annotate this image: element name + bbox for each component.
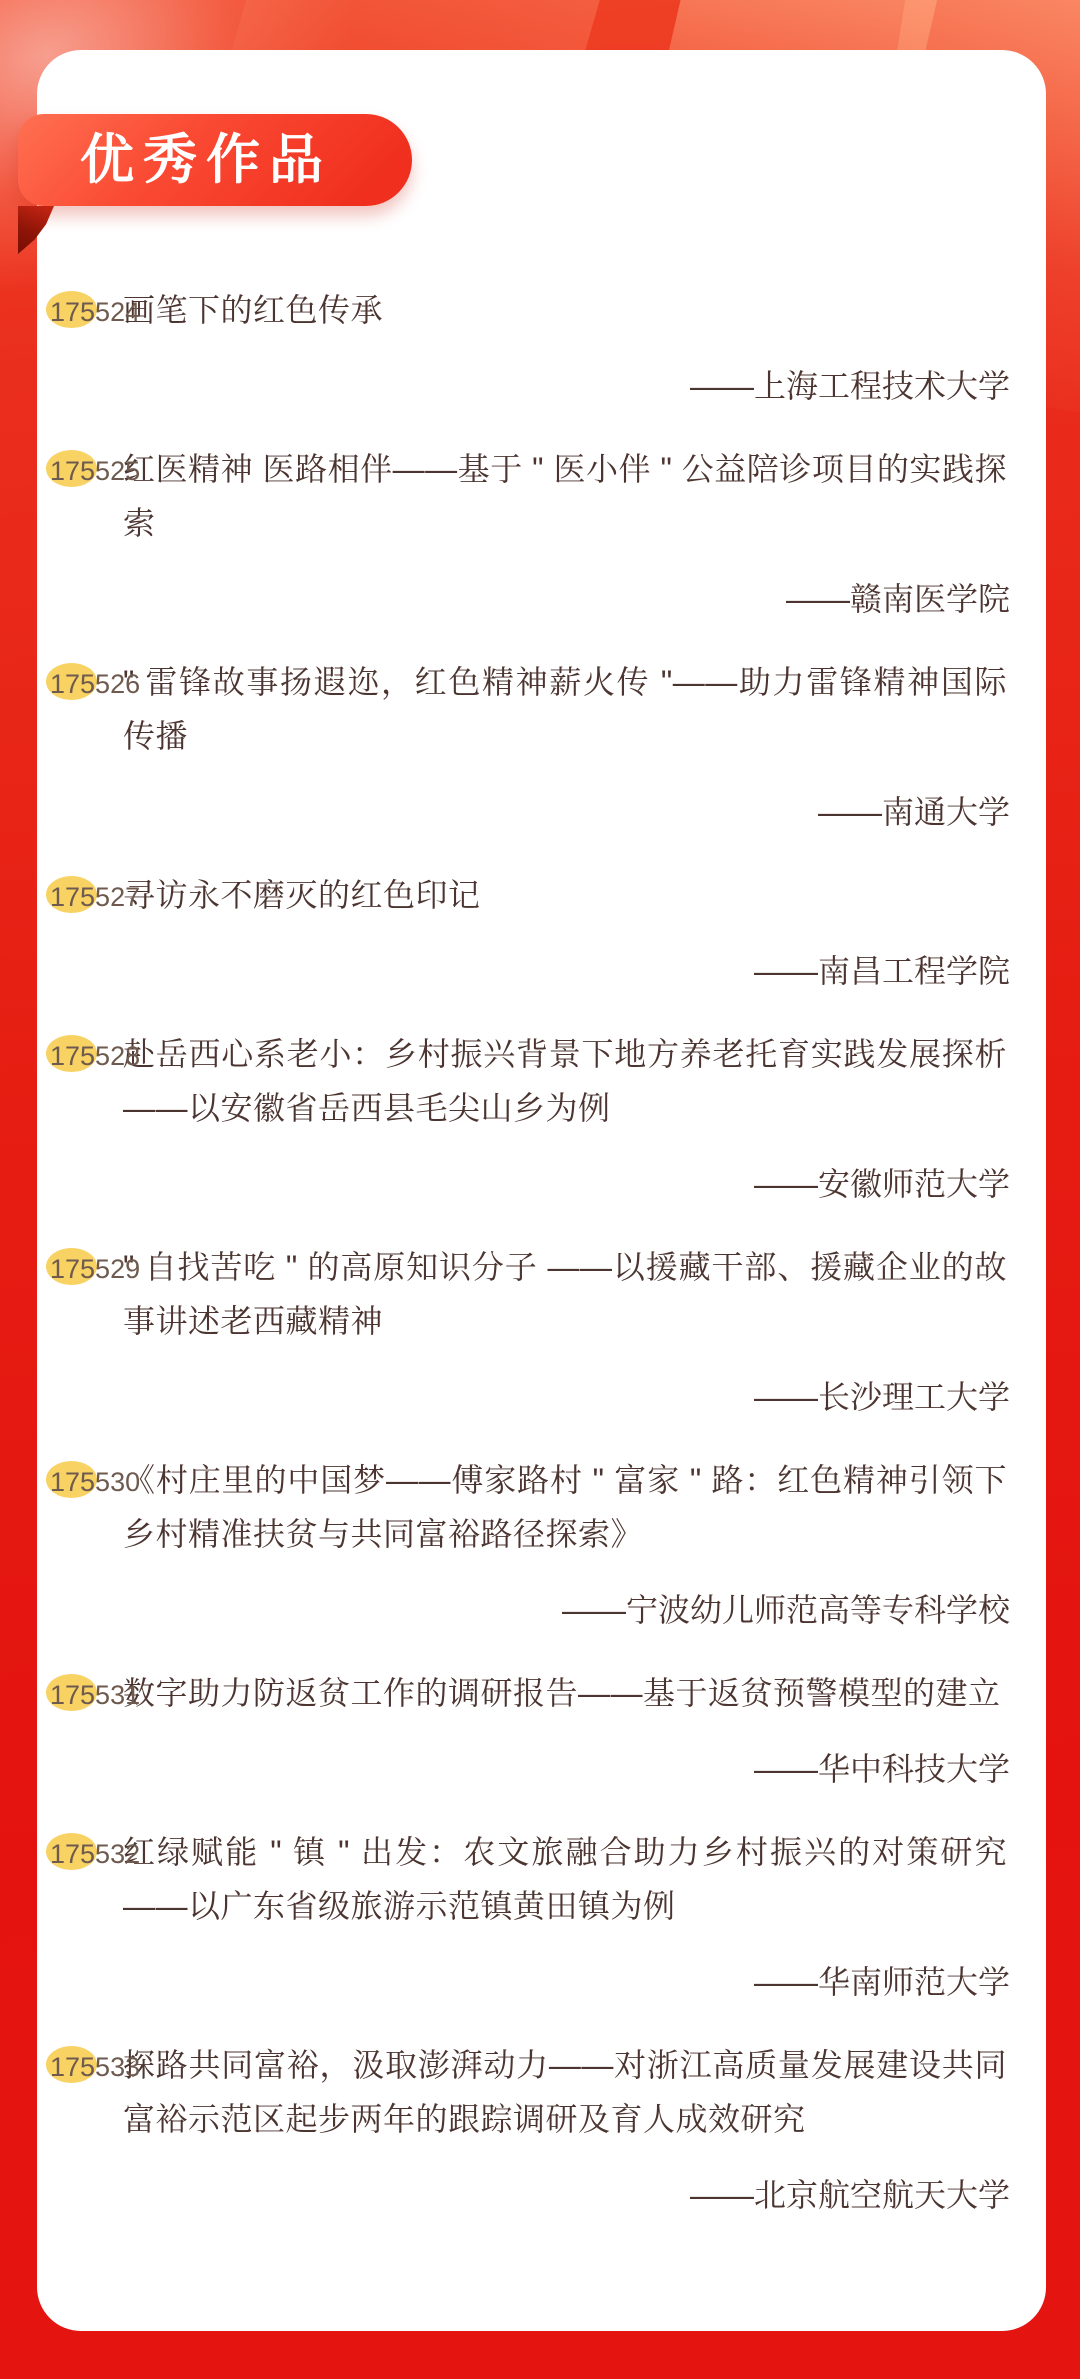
entry-number-badge: 175524 bbox=[50, 283, 140, 339]
entry-number: 175532 bbox=[50, 1839, 140, 1869]
entry-number: 175530 bbox=[50, 1467, 140, 1497]
entry-university: ——华中科技大学 bbox=[50, 1742, 1012, 1796]
entry-university: ——北京航空航天大学 bbox=[50, 2168, 1012, 2222]
entry-title: 数字助力防返贫工作的调研报告——基于返贫预警模型的建立 bbox=[123, 1675, 1001, 1711]
entry-title-row: 175525 红医精神 医路相伴——基于 " 医小伴 " 公益陪诊项目的实践探索 bbox=[50, 442, 1007, 550]
entry-title-row: 175524 画笔下的红色传承 bbox=[50, 283, 1007, 337]
entry-title: 红医精神 医路相伴——基于 " 医小伴 " 公益陪诊项目的实践探索 bbox=[123, 451, 1007, 541]
entry-number: 175525 bbox=[50, 456, 140, 486]
entry-title-row: 175532 红绿赋能 " 镇 " 出发：农文旅融合助力乡村振兴的对策研究——以… bbox=[50, 1825, 1007, 1933]
entry-number-badge: 175526 bbox=[50, 655, 140, 711]
entry-title: 赴岳西心系老小：乡村振兴背景下地方养老托育实践发展探析——以安徽省岳西县毛尖山乡… bbox=[123, 1036, 1007, 1126]
award-entry: 175530 《村庄里的中国梦——傅家路村 " 富家 " 路：红色精神引领下乡村… bbox=[50, 1453, 1012, 1637]
ribbon-fold-decoration bbox=[18, 206, 54, 254]
entry-university: ——南通大学 bbox=[50, 785, 1012, 839]
entry-number: 175529 bbox=[50, 1254, 140, 1284]
entry-university: ——宁波幼儿师范高等专科学校 bbox=[50, 1583, 1012, 1637]
entries-list: 175524 画笔下的红色传承 ——上海工程技术大学 175525 红医精神 医… bbox=[50, 283, 1012, 2251]
award-entry: 175527 寻访永不磨灭的红色印记 ——南昌工程学院 bbox=[50, 868, 1012, 998]
section-banner: 优秀作品 bbox=[18, 114, 412, 206]
entry-university: ——华南师范大学 bbox=[50, 1955, 1012, 2009]
entry-number-badge: 175528 bbox=[50, 1027, 140, 1083]
entry-number-badge: 175529 bbox=[50, 1240, 140, 1296]
award-entry: 175525 红医精神 医路相伴——基于 " 医小伴 " 公益陪诊项目的实践探索… bbox=[50, 442, 1012, 626]
entry-university: ——安徽师范大学 bbox=[50, 1157, 1012, 1211]
entry-title: " 雷锋故事扬遐迩，红色精神薪火传 "——助力雷锋精神国际传播 bbox=[123, 664, 1007, 754]
award-entry: 175531 数字助力防返贫工作的调研报告——基于返贫预警模型的建立 ——华中科… bbox=[50, 1666, 1012, 1796]
award-entry: 175524 画笔下的红色传承 ——上海工程技术大学 bbox=[50, 283, 1012, 413]
entry-title: 《村庄里的中国梦——傅家路村 " 富家 " 路：红色精神引领下乡村精准扶贫与共同… bbox=[123, 1462, 1007, 1552]
entry-title-row: 175528 赴岳西心系老小：乡村振兴背景下地方养老托育实践发展探析——以安徽省… bbox=[50, 1027, 1007, 1135]
entry-number: 175528 bbox=[50, 1041, 140, 1071]
entry-university: ——长沙理工大学 bbox=[50, 1370, 1012, 1424]
entry-number-badge: 175532 bbox=[50, 1825, 140, 1881]
entry-title: 画笔下的红色传承 bbox=[123, 292, 383, 328]
award-entry: 175526 " 雷锋故事扬遐迩，红色精神薪火传 "——助力雷锋精神国际传播 —… bbox=[50, 655, 1012, 839]
entry-number-badge: 175527 bbox=[50, 868, 140, 924]
award-entry: 175528 赴岳西心系老小：乡村振兴背景下地方养老托育实践发展探析——以安徽省… bbox=[50, 1027, 1012, 1211]
page-canvas: 优秀作品 175524 画笔下的红色传承 ——上海工程技术大学 175525 红… bbox=[0, 0, 1080, 2379]
entry-university: ——南昌工程学院 bbox=[50, 944, 1012, 998]
content-card: 优秀作品 175524 画笔下的红色传承 ——上海工程技术大学 175525 红… bbox=[37, 50, 1046, 2331]
entry-title: 红绿赋能 " 镇 " 出发：农文旅融合助力乡村振兴的对策研究——以广东省级旅游示… bbox=[123, 1834, 1007, 1924]
entry-number-badge: 175530 bbox=[50, 1453, 140, 1509]
entry-title-row: 175530 《村庄里的中国梦——傅家路村 " 富家 " 路：红色精神引领下乡村… bbox=[50, 1453, 1007, 1561]
entry-title-row: 175526 " 雷锋故事扬遐迩，红色精神薪火传 "——助力雷锋精神国际传播 bbox=[50, 655, 1007, 763]
entry-title: " 自找苦吃 " 的高原知识分子 ——以援藏干部、援藏企业的故事讲述老西藏精神 bbox=[123, 1249, 1007, 1339]
section-banner-title: 优秀作品 bbox=[80, 133, 332, 187]
entry-title-row: 175527 寻访永不磨灭的红色印记 bbox=[50, 868, 1007, 922]
entry-title: 寻访永不磨灭的红色印记 bbox=[123, 877, 481, 913]
entry-number-badge: 175533 bbox=[50, 2038, 140, 2094]
entry-number: 175524 bbox=[50, 297, 140, 327]
entry-title-row: 175531 数字助力防返贫工作的调研报告——基于返贫预警模型的建立 bbox=[50, 1666, 1007, 1720]
entry-number: 175531 bbox=[50, 1680, 140, 1710]
entry-title: 探路共同富裕，汲取澎湃动力——对浙江高质量发展建设共同富裕示范区起步两年的跟踪调… bbox=[123, 2047, 1007, 2137]
entry-university: ——上海工程技术大学 bbox=[50, 359, 1012, 413]
entry-university: ——赣南医学院 bbox=[50, 572, 1012, 626]
entry-title-row: 175529 " 自找苦吃 " 的高原知识分子 ——以援藏干部、援藏企业的故事讲… bbox=[50, 1240, 1007, 1348]
entry-number: 175527 bbox=[50, 882, 140, 912]
award-entry: 175529 " 自找苦吃 " 的高原知识分子 ——以援藏干部、援藏企业的故事讲… bbox=[50, 1240, 1012, 1424]
entry-title-row: 175533 探路共同富裕，汲取澎湃动力——对浙江高质量发展建设共同富裕示范区起… bbox=[50, 2038, 1007, 2146]
award-entry: 175532 红绿赋能 " 镇 " 出发：农文旅融合助力乡村振兴的对策研究——以… bbox=[50, 1825, 1012, 2009]
entry-number: 175526 bbox=[50, 669, 140, 699]
entry-number: 175533 bbox=[50, 2052, 140, 2082]
award-entry: 175533 探路共同富裕，汲取澎湃动力——对浙江高质量发展建设共同富裕示范区起… bbox=[50, 2038, 1012, 2222]
entry-number-badge: 175525 bbox=[50, 442, 140, 498]
entry-number-badge: 175531 bbox=[50, 1666, 140, 1722]
